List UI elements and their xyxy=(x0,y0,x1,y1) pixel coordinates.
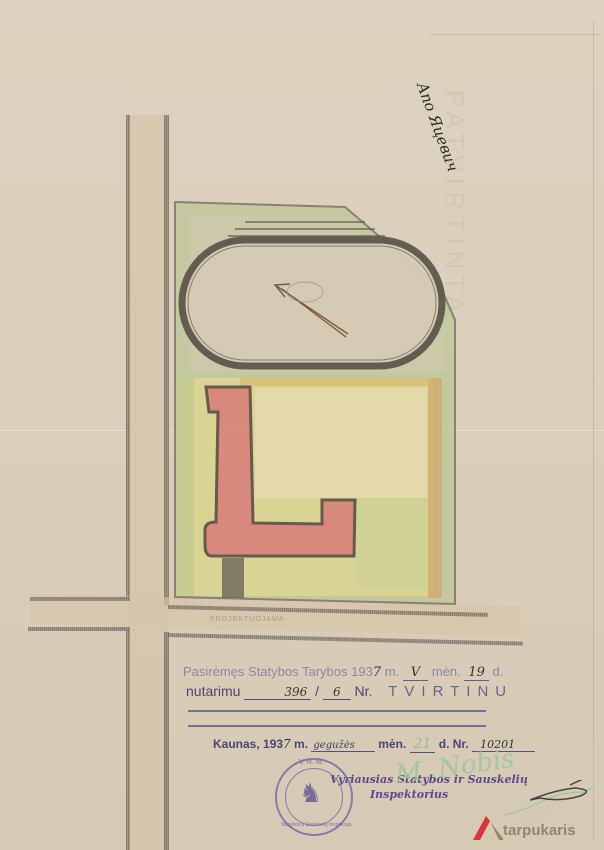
official-title-2: Inspektorius xyxy=(370,788,448,801)
line1-day: 19 xyxy=(464,665,489,681)
logo-small-text: auto xyxy=(525,808,546,820)
line1-year: 7 xyxy=(373,665,381,680)
logo-brand-text: tarpukaris xyxy=(503,822,576,839)
line1-m: m. xyxy=(385,664,399,679)
line3-men: mėn. xyxy=(378,737,406,751)
line2-nr: Nr. xyxy=(354,683,372,699)
line1-men: mėn. xyxy=(432,664,461,679)
signature-line-2 xyxy=(188,725,486,727)
signature-line-1 xyxy=(188,710,486,712)
line3-month: gegužės xyxy=(311,740,374,752)
line1-prefix: Pasirėmęs Statybos Tarybos 193 xyxy=(183,664,373,679)
line2-number: 396 xyxy=(244,685,311,700)
tvirtinu-stamp: TVIRTINU xyxy=(388,683,513,700)
line3-day: 21 xyxy=(410,736,436,753)
line3-year: 7 xyxy=(283,737,291,751)
document-sheet: PATVIRTINTA Aпо Яцевич PROJEKTUOJAMA xyxy=(0,0,604,850)
line2-prefix: nutarimu xyxy=(186,683,240,699)
seal-top-text: V. R. M. xyxy=(299,759,324,766)
line2-sep: / xyxy=(315,683,319,699)
seal-ring-text: Statybos ir Sauskelių Inspekcija xyxy=(281,822,351,828)
line1-month: V xyxy=(403,665,428,681)
line3-prefix: Kaunas, 193 xyxy=(213,737,283,751)
knight-emblem-icon: ♞ xyxy=(299,778,322,809)
approval-line-1: Pasirėmęs Statybos Tarybos 1937 m. V mėn… xyxy=(183,664,503,680)
line3-d: d. Nr. xyxy=(439,737,469,751)
tarpukaris-logo: auto tarpukaris xyxy=(473,812,603,848)
logo-triangle-icon xyxy=(473,816,503,840)
official-seal: V. R. M. Statybos ir Sauskelių Inspekcij… xyxy=(275,758,353,836)
line2-sub: 6 xyxy=(323,685,351,700)
site-plan-drawing xyxy=(0,0,604,850)
line3-m: m. xyxy=(294,737,308,751)
line1-d: d. xyxy=(493,664,504,679)
approval-line-2: nutarimu 396 / 6 Nr. TVIRTINU xyxy=(186,683,513,700)
